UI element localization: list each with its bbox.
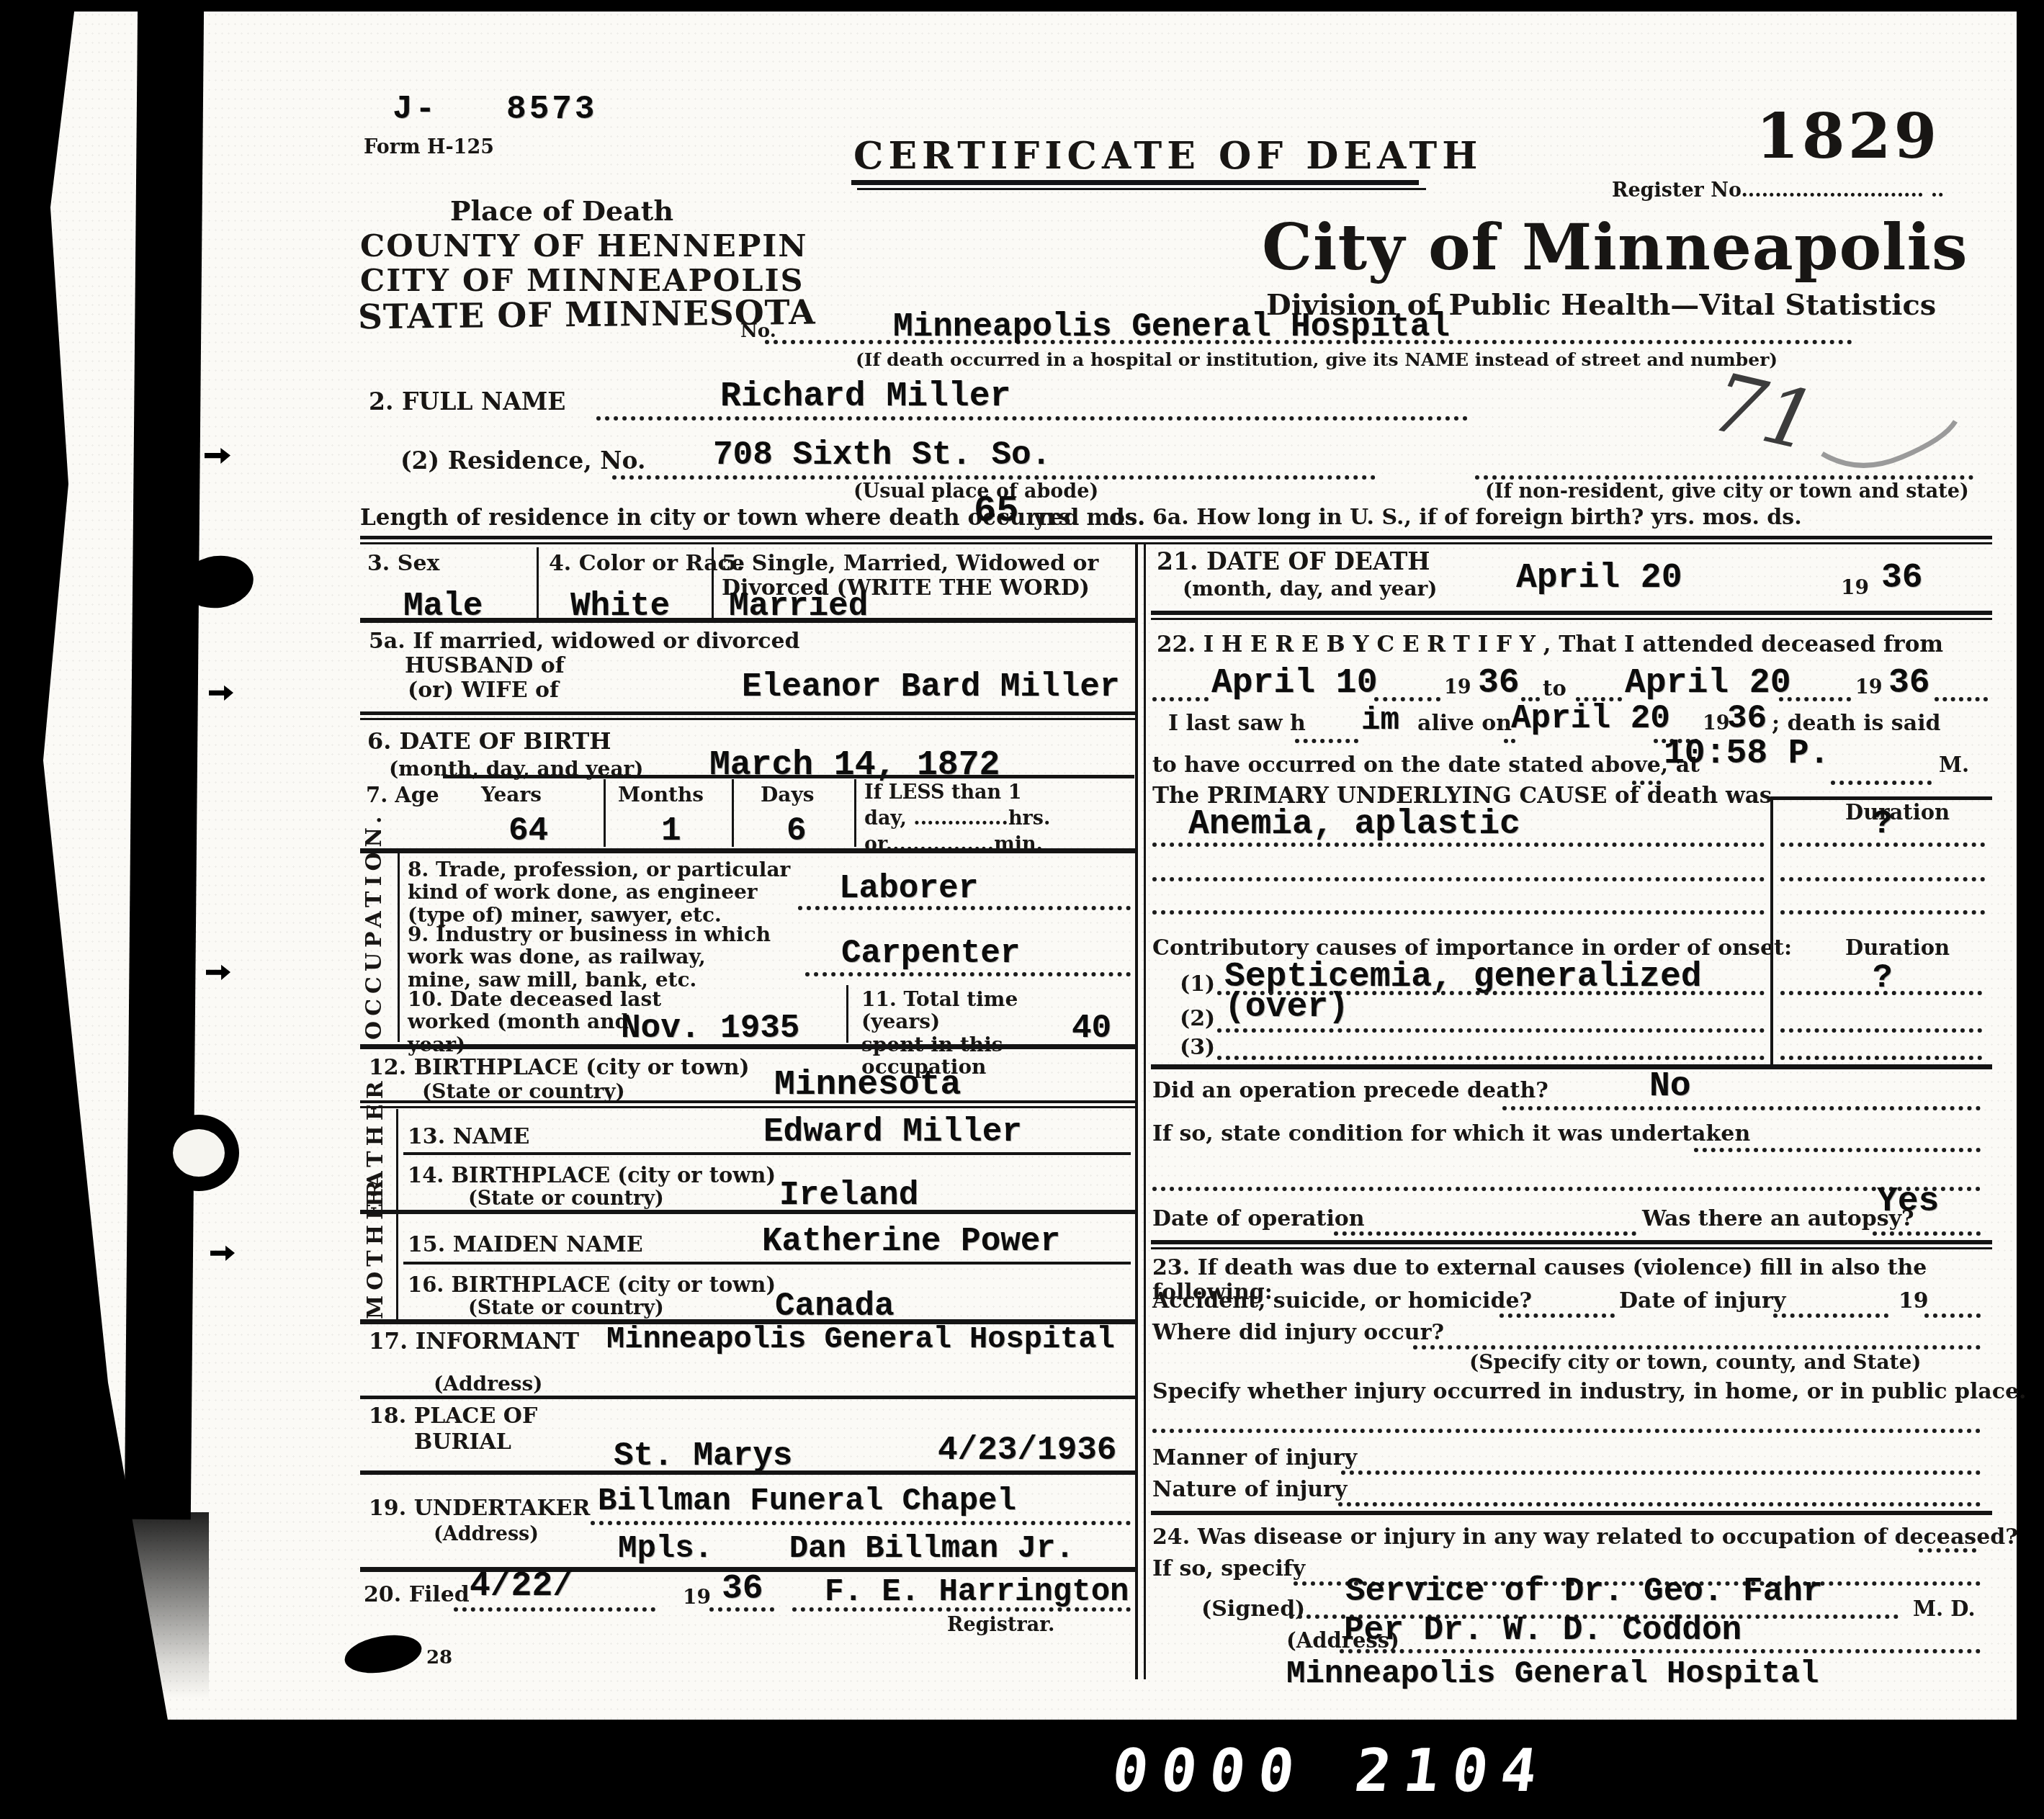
age-less-label-2: day, ..............hrs. <box>864 808 1050 830</box>
spouse-label-2: HUSBAND of <box>405 654 565 678</box>
age-days-value: 6 <box>786 812 807 850</box>
date-of-death-sub: (month, day, and year) <box>1183 578 1438 600</box>
duration-header-2: Duration <box>1845 936 1950 959</box>
to-year-value: 36 <box>1888 664 1930 703</box>
accident-dots-3 <box>1924 1313 1981 1318</box>
from-19-label: 19 <box>1444 677 1471 699</box>
contrib-2-label: (2) <box>1180 1007 1215 1031</box>
certificate-number: 1829 <box>1756 102 1940 171</box>
date-of-death-label: 21. DATE OF DEATH <box>1157 549 1430 575</box>
nature-label: Nature of injury <box>1152 1478 1347 1502</box>
org-name: City of Minneapolis <box>1262 212 1968 283</box>
spouse-bottom-rule-2 <box>360 718 1135 720</box>
date-of-death-value: April 20 <box>1516 559 1682 598</box>
m-label: M. <box>1939 753 1969 776</box>
length-ds: ds. <box>1109 506 1145 531</box>
op-date-dots <box>1334 1231 1636 1236</box>
father-bp-sub: (State or country) <box>468 1188 664 1210</box>
manner-label: Manner of injury <box>1152 1446 1357 1470</box>
lastsaw-label-3: ; death is said <box>1772 711 1941 736</box>
from-dots-2 <box>1374 697 1440 701</box>
injury-19-label: 19 <box>1899 1289 1929 1313</box>
md-label: M. D. <box>1913 1597 1976 1620</box>
cause-dots-1 <box>1152 843 1765 847</box>
contrib-2-dots <box>1217 1028 1765 1033</box>
full-name-dotted-line <box>596 416 1468 421</box>
length-residence-label: Length of residence in city or town wher… <box>360 506 1079 531</box>
age-months-header: Months <box>618 783 704 806</box>
q24-dots <box>1919 1548 1976 1553</box>
father-name-rule <box>403 1152 1131 1155</box>
stamp-text: 28 <box>426 1648 452 1668</box>
certify-line: 22. I H E R E B Y C E R T I F Y , That I… <box>1157 632 1992 657</box>
institution-value: Minneapolis General Hospital <box>893 308 1450 346</box>
residence-value: 708 Sixth St. So. <box>713 436 1051 474</box>
occupation-bottom-rule <box>360 1044 1135 1049</box>
age-div-1 <box>604 779 606 847</box>
burial-place-value: St. Marys <box>614 1437 792 1475</box>
parents-divider <box>396 1109 398 1319</box>
informant-bottom-rule <box>360 1396 1135 1399</box>
undertaker-line2-value: Mpls. Dan Billman Jr. <box>618 1531 1075 1567</box>
operation-question: Did an operation precede death? <box>1152 1079 1548 1103</box>
duration-header-1: Duration <box>1845 801 1950 824</box>
birthplace-bottom-rule <box>360 1100 1135 1103</box>
place-of-death-label: Place of Death <box>450 196 673 227</box>
accident-label: Accident, suicide, or homicide? <box>1152 1289 1532 1313</box>
from-dots-1 <box>1152 697 1209 701</box>
race-label: 4. Color or Race <box>549 552 745 576</box>
bottom-scan-bar <box>0 1720 2044 1819</box>
occurred-dots-2 <box>1831 781 1932 785</box>
residence-label: (2) Residence, No. <box>400 448 645 475</box>
mother-bp-label: 16. BIRTHPLACE (city or town) <box>408 1273 776 1296</box>
autopsy-bottom-rule <box>1151 1240 1992 1244</box>
undertaker-dotted-line <box>591 1521 1131 1525</box>
lastsaw-dots-2 <box>1504 739 1515 743</box>
row3-bottom-rule <box>360 618 1135 623</box>
birthplace-sub-label: (State or country) <box>422 1080 625 1102</box>
table-top-rule <box>360 536 1992 539</box>
last-worked-value: Nov. 1935 <box>621 1010 799 1047</box>
contrib-2-dur-dots <box>1780 1028 1982 1033</box>
to-word-label: to <box>1543 677 1566 700</box>
informant-label: 17. INFORMANT <box>369 1329 579 1355</box>
form-number: Form H-125 <box>364 137 494 158</box>
dod-bottom-rule-2 <box>1151 618 1992 620</box>
length-years-value: 65 <box>974 490 1018 532</box>
occupation-divider <box>398 853 400 1042</box>
title-underline-2 <box>857 188 1426 190</box>
punch-hole-ring <box>158 1115 239 1191</box>
age-div-3 <box>854 779 856 847</box>
condition-label: If so, state condition for which it was … <box>1152 1122 1750 1146</box>
duration-box-left <box>1770 796 1773 1064</box>
physician-dots <box>1340 1649 1981 1653</box>
mother-section-label: MOTHER <box>363 1218 388 1319</box>
spouse-bottom-rule <box>360 711 1135 715</box>
attended-to-value: April 20 <box>1625 664 1790 703</box>
scanner-digits: 0000 2104 <box>1108 1737 1554 1805</box>
father-name-value: Edward Miller <box>763 1113 1022 1151</box>
trade-dotted-line <box>798 906 1131 910</box>
birthplace-value: Minnesota <box>774 1066 961 1105</box>
institution-note: (If death occurred in a hospital or inst… <box>856 350 1778 370</box>
condition-dots <box>1694 1148 1981 1152</box>
cause-dur-dots-3 <box>1780 910 1985 915</box>
to-19-label: 19 <box>1855 677 1883 699</box>
scan-border-top <box>0 0 2044 12</box>
operation-answer: No <box>1649 1067 1691 1106</box>
age-years-header: Years <box>481 783 542 806</box>
lastsaw-typed-im: im <box>1361 703 1399 739</box>
residence-dotted-line <box>612 475 1376 480</box>
where-injury-dots <box>1413 1345 1981 1349</box>
father-bp-label: 14. BIRTHPLACE (city or town) <box>408 1164 776 1187</box>
spouse-label-1: 5a. If married, widowed or divorced <box>369 629 799 654</box>
certificate-title: CERTIFICATE OF DEATH <box>853 135 1482 177</box>
age-less-label-1: If LESS than 1 <box>864 782 1021 804</box>
accident-dots-1 <box>1500 1313 1615 1318</box>
full-name-value: Richard Miller <box>720 377 1010 416</box>
physician-hospital-value: Minneapolis General Hospital <box>1286 1656 1819 1692</box>
age-days-header: Days <box>761 783 814 806</box>
from-year-value: 36 <box>1478 664 1520 703</box>
manner-dots <box>1341 1470 1981 1475</box>
title-underline <box>851 180 1419 185</box>
occurred-label: to have occurred on the date stated abov… <box>1152 753 1700 778</box>
registrar-name-value: F. E. Harrington <box>825 1574 1129 1610</box>
date-of-death-19: 19 <box>1841 576 1869 598</box>
burial-bottom-rule <box>360 1470 1135 1475</box>
occupation-related-label: 24. Was disease or injury in any way rel… <box>1152 1525 2018 1550</box>
age-months-value: 1 <box>661 812 681 850</box>
trade-value: Laborer <box>839 870 978 907</box>
total-time-value: 40 <box>1072 1010 1111 1047</box>
occupation-section-label: OCCUPATION. <box>362 858 387 1040</box>
filed-yr-value: 36 <box>722 1570 763 1609</box>
father-bottom-rule <box>360 1210 1135 1214</box>
lastsaw-label-2: alive on <box>1417 711 1512 736</box>
registrar-label: Registrar. <box>947 1614 1054 1636</box>
lastsaw-label-1: I last saw h <box>1168 711 1306 736</box>
column-divider-1 <box>1135 544 1138 1679</box>
accident-dots-2 <box>1773 1313 1888 1318</box>
spouse-label-3: (or) WIFE of <box>408 678 559 703</box>
death-certificate-scan: J- 8573 Form H-125 CERTIFICATE OF DEATH … <box>0 0 2044 1819</box>
binding-shadow-bar <box>125 0 204 1519</box>
autopsy-bottom-rule-2 <box>1151 1247 1992 1249</box>
to-dots-3 <box>1935 697 1988 701</box>
lastsaw-date-value: April 20 <box>1511 700 1670 737</box>
nature-dots <box>1338 1502 1981 1506</box>
ifso-label: If so, specify <box>1152 1557 1305 1581</box>
mother-name-label: 15. MAIDEN NAME <box>408 1233 643 1257</box>
age-div-2 <box>732 779 734 847</box>
us-length-label: 6a. How long in U. S., if of foreign bir… <box>1152 506 1802 530</box>
injury-bottom-rule <box>1151 1511 1992 1515</box>
cell-divider-race <box>712 547 714 618</box>
condition-dots-2 <box>1152 1187 1981 1191</box>
mother-bp-sub: (State or country) <box>468 1298 664 1319</box>
occ-cell-divider <box>846 985 848 1043</box>
to-dots-2 <box>1779 697 1851 701</box>
cause-bottom-rule <box>1151 1064 1992 1069</box>
informant-value: Minneapolis General Hospital <box>606 1322 1115 1357</box>
undertaker-address-label: (Address) <box>434 1524 539 1545</box>
father-bp-value: Ireland <box>779 1177 918 1214</box>
cause-dots-2 <box>1152 877 1765 881</box>
spouse-value: Eleanor Bard Miller <box>742 668 1120 706</box>
nonresident-dotted-line <box>1475 475 1973 480</box>
industry-label: 9. Industry or business in which work wa… <box>408 923 811 991</box>
nonresident-note: (If non-resident, give city or town and … <box>1485 481 1969 503</box>
burial-label-2: BURIAL <box>414 1430 511 1455</box>
operation-dots <box>1502 1106 1981 1110</box>
dob-label: 6. DATE OF BIRTH <box>367 729 611 755</box>
autopsy-dots <box>1873 1231 1981 1236</box>
sex-label: 3. Sex <box>367 552 439 576</box>
binding-shadow-fade <box>122 1512 209 1699</box>
contrib-3-dur-dots <box>1780 1056 1982 1060</box>
birthplace-bottom-rule-2 <box>360 1106 1135 1108</box>
mother-name-value: Katherine Power <box>762 1223 1060 1260</box>
dob-bottom-rule <box>443 775 1134 778</box>
over-note: (over) <box>1224 988 1349 1027</box>
where-injury-sub: (Specify city or town, county, and State… <box>1469 1351 1922 1373</box>
trade-label: 8. Trade, profession, or particular kind… <box>408 858 811 926</box>
table-top-rule-2 <box>360 542 1992 544</box>
contributory-label: Contributory causes of importance in ord… <box>1152 936 1792 961</box>
filed-dotted-1 <box>454 1607 655 1612</box>
undertaker-label: 19. UNDERTAKER <box>369 1496 590 1521</box>
county-label: COUNTY OF HENNEPIN <box>360 229 808 264</box>
filed-dotted-2 <box>709 1607 774 1612</box>
dod-bottom-rule <box>1151 611 1992 615</box>
age-bottom-rule <box>360 848 1135 853</box>
undertaker-name-value: Billman Funeral Chapel <box>598 1483 1016 1519</box>
informant-address-label: (Address) <box>434 1373 542 1395</box>
filed-yr-label: 19 <box>683 1586 711 1608</box>
total-time-label: 11. Total time (years) spent in this occ… <box>861 988 1077 1078</box>
father-name-label: 13. NAME <box>408 1125 529 1149</box>
attended-from-value: April 10 <box>1211 664 1377 703</box>
mother-name-rule <box>403 1262 1131 1265</box>
cause-dots-3 <box>1152 910 1765 915</box>
primary-cause-value: Anemia, aplastic <box>1188 805 1520 844</box>
birthplace-label: 12. BIRTHPLACE (city or town) <box>369 1056 750 1080</box>
signed-value: Service of Dr. Geo. Fahr <box>1345 1573 1823 1610</box>
contrib-3-dots <box>1217 1056 1765 1060</box>
contrib-1-dur-dots <box>1780 991 1982 995</box>
age-label: 7. Age <box>366 783 439 807</box>
burial-label-1: 18. PLACE OF <box>369 1404 537 1429</box>
date-injury-label: Date of injury <box>1619 1289 1785 1313</box>
institution-no-label: No. <box>740 321 776 342</box>
specify-injury-label: Specify whether injury occurred in indus… <box>1152 1380 2027 1404</box>
filed-label: 20. Filed <box>364 1583 470 1607</box>
cell-divider-sex <box>537 547 539 618</box>
cause-dur-dots-2 <box>1780 877 1985 881</box>
primary-duration-value: ? <box>1873 805 1893 843</box>
scan-border-right <box>2017 0 2044 1819</box>
autopsy-question: Was there an autopsy? <box>1642 1207 1914 1231</box>
lastsaw-year-value: 36 <box>1727 700 1767 737</box>
column-divider-2 <box>1144 544 1146 1679</box>
where-injury-label: Where did injury occur? <box>1152 1321 1444 1345</box>
filed-dotted-3 <box>792 1607 1131 1612</box>
time-of-death-value: 10:58 P. <box>1664 735 1829 773</box>
filed-date-value: 4/22/ <box>470 1567 573 1606</box>
contrib-1-label: (1) <box>1180 972 1215 997</box>
specify-dots <box>1152 1429 1981 1433</box>
age-years-value: 64 <box>508 812 548 850</box>
lastsaw-dots-1 <box>1295 739 1358 743</box>
full-name-label: 2. FULL NAME <box>369 389 566 416</box>
date-of-death-year: 36 <box>1881 559 1923 598</box>
lastsaw-19-label: 19 <box>1703 713 1730 735</box>
burial-date-value: 4/23/1936 <box>938 1432 1116 1469</box>
contrib-3-label: (3) <box>1180 1036 1215 1060</box>
cause-dur-dots-1 <box>1780 843 1985 847</box>
per-physician-value: Per Dr. W. D. Coddon <box>1344 1612 1742 1649</box>
file-number: J- 8573 <box>393 91 597 128</box>
industry-dotted-line <box>805 972 1131 976</box>
register-no-line: Register No........................... .… <box>1612 180 1944 202</box>
pencil-swoosh <box>1815 403 1959 482</box>
industry-value: Carpenter <box>841 935 1020 972</box>
autopsy-answer: Yes <box>1877 1182 1939 1221</box>
op-date-label: Date of operation <box>1152 1207 1365 1231</box>
